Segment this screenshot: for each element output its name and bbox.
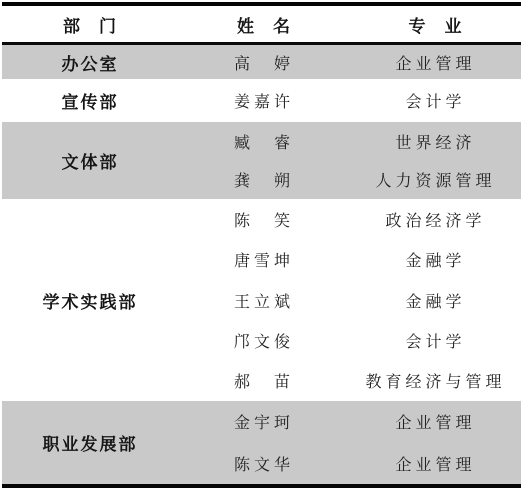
header-major: 专 业 [350, 12, 521, 37]
page: 部 门 姓 名 专 业 办公室 高 婷 企业管理 宣传部 姜嘉许 会计学 [0, 2, 531, 503]
member-major: 企业管理 [350, 51, 521, 74]
member-row: 郝 苗 教育经济与管理 [178, 361, 521, 401]
group-publicity: 宣传部 姜嘉许 会计学 [2, 79, 521, 122]
member-name: 唐雪坤 [178, 248, 350, 271]
member-major: 金融学 [350, 289, 521, 312]
group-members: 高 婷 企业管理 [178, 45, 521, 79]
member-major: 政治经济学 [350, 208, 521, 231]
member-name: 臧 睿 [178, 130, 350, 153]
member-major: 教育经济与管理 [350, 369, 521, 392]
group-academic-practice: 学术实践部 陈 笑 政治经济学 唐雪坤 金融学 王立斌 金融学 邝文俊 会计学 [2, 199, 521, 401]
department-cell: 宣传部 [2, 79, 178, 122]
member-name: 金宇珂 [178, 410, 350, 433]
department-cell: 文体部 [2, 122, 178, 199]
department-cell: 职业发展部 [2, 401, 178, 484]
table-header-row: 部 门 姓 名 专 业 [2, 6, 521, 45]
member-row: 臧 睿 世界经济 [178, 122, 521, 161]
member-name: 姜嘉许 [178, 89, 350, 112]
member-row: 姜嘉许 会计学 [178, 79, 521, 122]
member-row: 龚 朔 人力资源管理 [178, 161, 521, 200]
member-major: 世界经济 [350, 130, 521, 153]
header-name: 姓 名 [178, 12, 350, 37]
member-row: 陈 笑 政治经济学 [178, 199, 521, 239]
member-major: 企业管理 [350, 410, 521, 433]
department-cell: 学术实践部 [2, 199, 178, 401]
member-major: 会计学 [350, 89, 521, 112]
member-major: 人力资源管理 [350, 168, 521, 191]
member-name: 王立斌 [178, 289, 350, 312]
member-name: 高 婷 [178, 51, 350, 74]
member-row: 唐雪坤 金融学 [178, 239, 521, 279]
member-row: 王立斌 金融学 [178, 280, 521, 320]
group-members: 姜嘉许 会计学 [178, 79, 521, 122]
member-row: 陈文华 企业管理 [178, 443, 521, 485]
member-major: 金融学 [350, 248, 521, 271]
group-members: 陈 笑 政治经济学 唐雪坤 金融学 王立斌 金融学 邝文俊 会计学 郝 苗 [178, 199, 521, 401]
member-name: 陈 笑 [178, 208, 350, 231]
department-roster-table: 部 门 姓 名 专 业 办公室 高 婷 企业管理 宣传部 姜嘉许 会计学 [2, 2, 521, 488]
header-department: 部 门 [2, 12, 178, 37]
member-major: 会计学 [350, 329, 521, 352]
member-row: 金宇珂 企业管理 [178, 401, 521, 443]
group-culture-sports: 文体部 臧 睿 世界经济 龚 朔 人力资源管理 [2, 122, 521, 199]
member-name: 陈文华 [178, 452, 350, 475]
member-row: 高 婷 企业管理 [178, 45, 521, 79]
group-office: 办公室 高 婷 企业管理 [2, 45, 521, 79]
group-members: 金宇珂 企业管理 陈文华 企业管理 [178, 401, 521, 484]
member-name: 龚 朔 [178, 168, 350, 191]
group-members: 臧 睿 世界经济 龚 朔 人力资源管理 [178, 122, 521, 199]
member-row: 邝文俊 会计学 [178, 320, 521, 360]
group-career-development: 职业发展部 金宇珂 企业管理 陈文华 企业管理 [2, 401, 521, 484]
member-major: 企业管理 [350, 452, 521, 475]
member-name: 邝文俊 [178, 329, 350, 352]
department-cell: 办公室 [2, 45, 178, 79]
member-name: 郝 苗 [178, 369, 350, 392]
